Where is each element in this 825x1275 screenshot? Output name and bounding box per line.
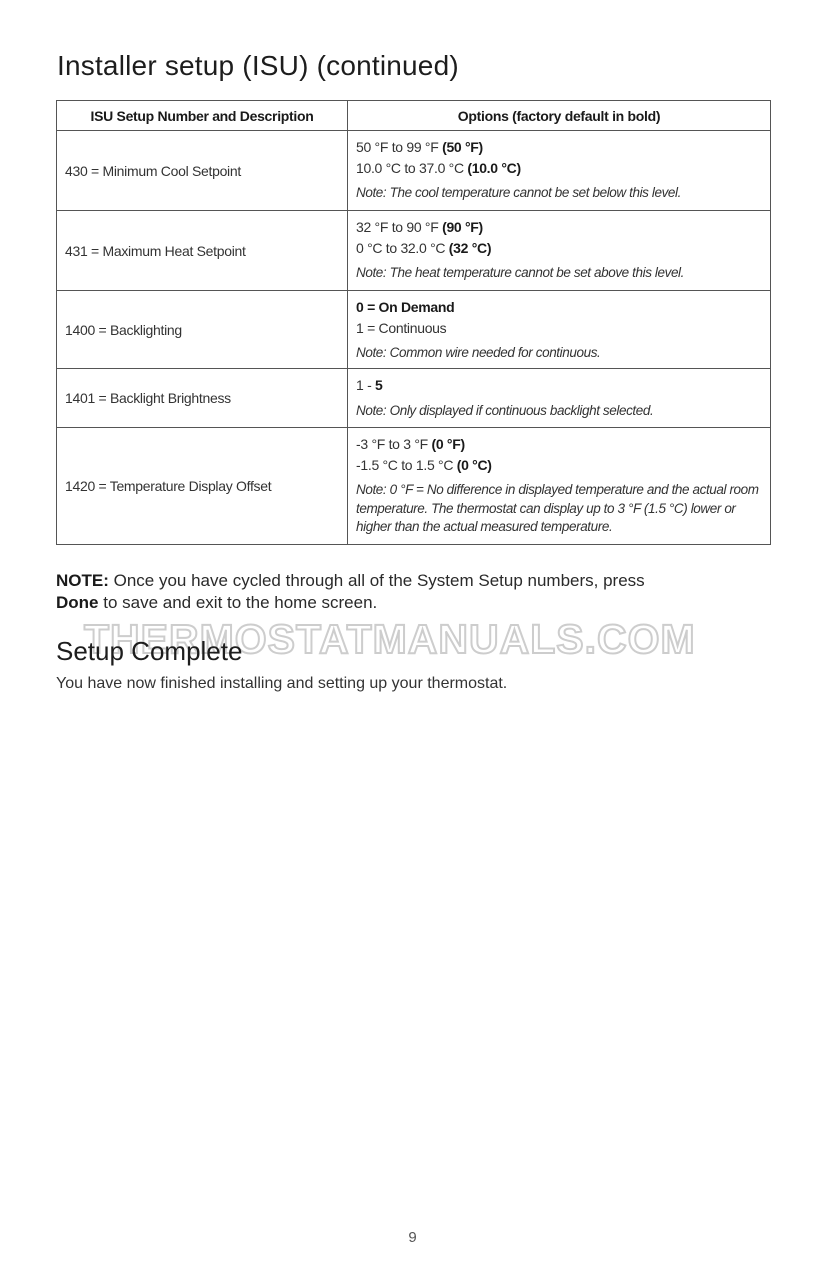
setup-description: 430 = Minimum Cool Setpoint <box>57 131 348 211</box>
setup-options: 32 °F to 90 °F (90 °F)0 °C to 32.0 °C (3… <box>348 211 771 291</box>
option-text: 0 °C to 32.0 °C <box>356 240 449 256</box>
option-default: 5 <box>375 377 383 393</box>
option-text: 1 = Continuous <box>356 320 446 336</box>
option-default: (32 °C) <box>449 240 491 256</box>
option-line: -3 °F to 3 °F (0 °F) <box>356 434 762 455</box>
setup-description: 1420 = Temperature Display Offset <box>57 428 348 545</box>
option-line: 32 °F to 90 °F (90 °F) <box>356 217 762 238</box>
column-header-description: ISU Setup Number and Description <box>57 101 348 131</box>
setup-description: 1401 = Backlight Brightness <box>57 369 348 428</box>
option-text: 50 °F to 99 °F <box>356 139 442 155</box>
setup-options: 1 - 5Note: Only displayed if continuous … <box>348 369 771 428</box>
option-default: (0 °F) <box>431 436 464 452</box>
option-line: 0 °C to 32.0 °C (32 °C) <box>356 238 762 259</box>
table-row: 430 = Minimum Cool Setpoint50 °F to 99 °… <box>57 131 771 211</box>
column-header-options: Options (factory default in bold) <box>348 101 771 131</box>
option-line: 10.0 °C to 37.0 °C (10.0 °C) <box>356 158 762 179</box>
note-paragraph: NOTE: Once you have cycled through all o… <box>56 570 776 614</box>
option-text: 32 °F to 90 °F <box>356 219 442 235</box>
option-line: 0 = On Demand <box>356 297 762 318</box>
option-note: Note: The cool temperature cannot be set… <box>356 184 762 203</box>
option-note: Note: 0 °F = No difference in displayed … <box>356 481 762 537</box>
option-note: Note: Only displayed if continuous backl… <box>356 402 762 421</box>
option-default: (90 °F) <box>442 219 483 235</box>
option-default: (0 °C) <box>457 457 492 473</box>
option-note: Note: Common wire needed for continuous. <box>356 344 762 363</box>
setup-description: 1400 = Backlighting <box>57 291 348 369</box>
option-default: (50 °F) <box>442 139 483 155</box>
option-text: -3 °F to 3 °F <box>356 436 431 452</box>
note-text-2: to save and exit to the home screen. <box>99 593 378 612</box>
option-text: -1.5 °C to 1.5 °C <box>356 457 457 473</box>
option-default: 0 = On Demand <box>356 299 454 315</box>
table-body: 430 = Minimum Cool Setpoint50 °F to 99 °… <box>57 131 771 545</box>
page-number: 9 <box>0 1229 825 1246</box>
done-keyword: Done <box>56 593 99 612</box>
option-text: 10.0 °C to 37.0 °C <box>356 160 467 176</box>
table-row: 1420 = Temperature Display Offset-3 °F t… <box>57 428 771 545</box>
option-note: Note: The heat temperature cannot be set… <box>356 264 762 283</box>
setup-complete-text: You have now finished installing and set… <box>56 675 507 693</box>
table-header-row: ISU Setup Number and Description Options… <box>57 101 771 131</box>
option-text: 1 - <box>356 377 375 393</box>
option-line: 1 = Continuous <box>356 318 762 339</box>
option-line: 50 °F to 99 °F (50 °F) <box>356 137 762 158</box>
note-text-1: Once you have cycled through all of the … <box>109 571 645 590</box>
setup-description: 431 = Maximum Heat Setpoint <box>57 211 348 291</box>
setup-options: -3 °F to 3 °F (0 °F)-1.5 °C to 1.5 °C (0… <box>348 428 771 545</box>
setup-complete-heading: Setup Complete <box>56 636 242 667</box>
option-line: 1 - 5 <box>356 375 762 396</box>
option-default: (10.0 °C) <box>467 160 520 176</box>
setup-options: 50 °F to 99 °F (50 °F)10.0 °C to 37.0 °C… <box>348 131 771 211</box>
note-label: NOTE: <box>56 571 109 590</box>
table-row: 1400 = Backlighting0 = On Demand1 = Cont… <box>57 291 771 369</box>
table-row: 1401 = Backlight Brightness1 - 5Note: On… <box>57 369 771 428</box>
isu-table: ISU Setup Number and Description Options… <box>56 100 771 545</box>
setup-options: 0 = On Demand1 = ContinuousNote: Common … <box>348 291 771 369</box>
table-row: 431 = Maximum Heat Setpoint32 °F to 90 °… <box>57 211 771 291</box>
page-title: Installer setup (ISU) (continued) <box>57 50 459 82</box>
option-line: -1.5 °C to 1.5 °C (0 °C) <box>356 455 762 476</box>
